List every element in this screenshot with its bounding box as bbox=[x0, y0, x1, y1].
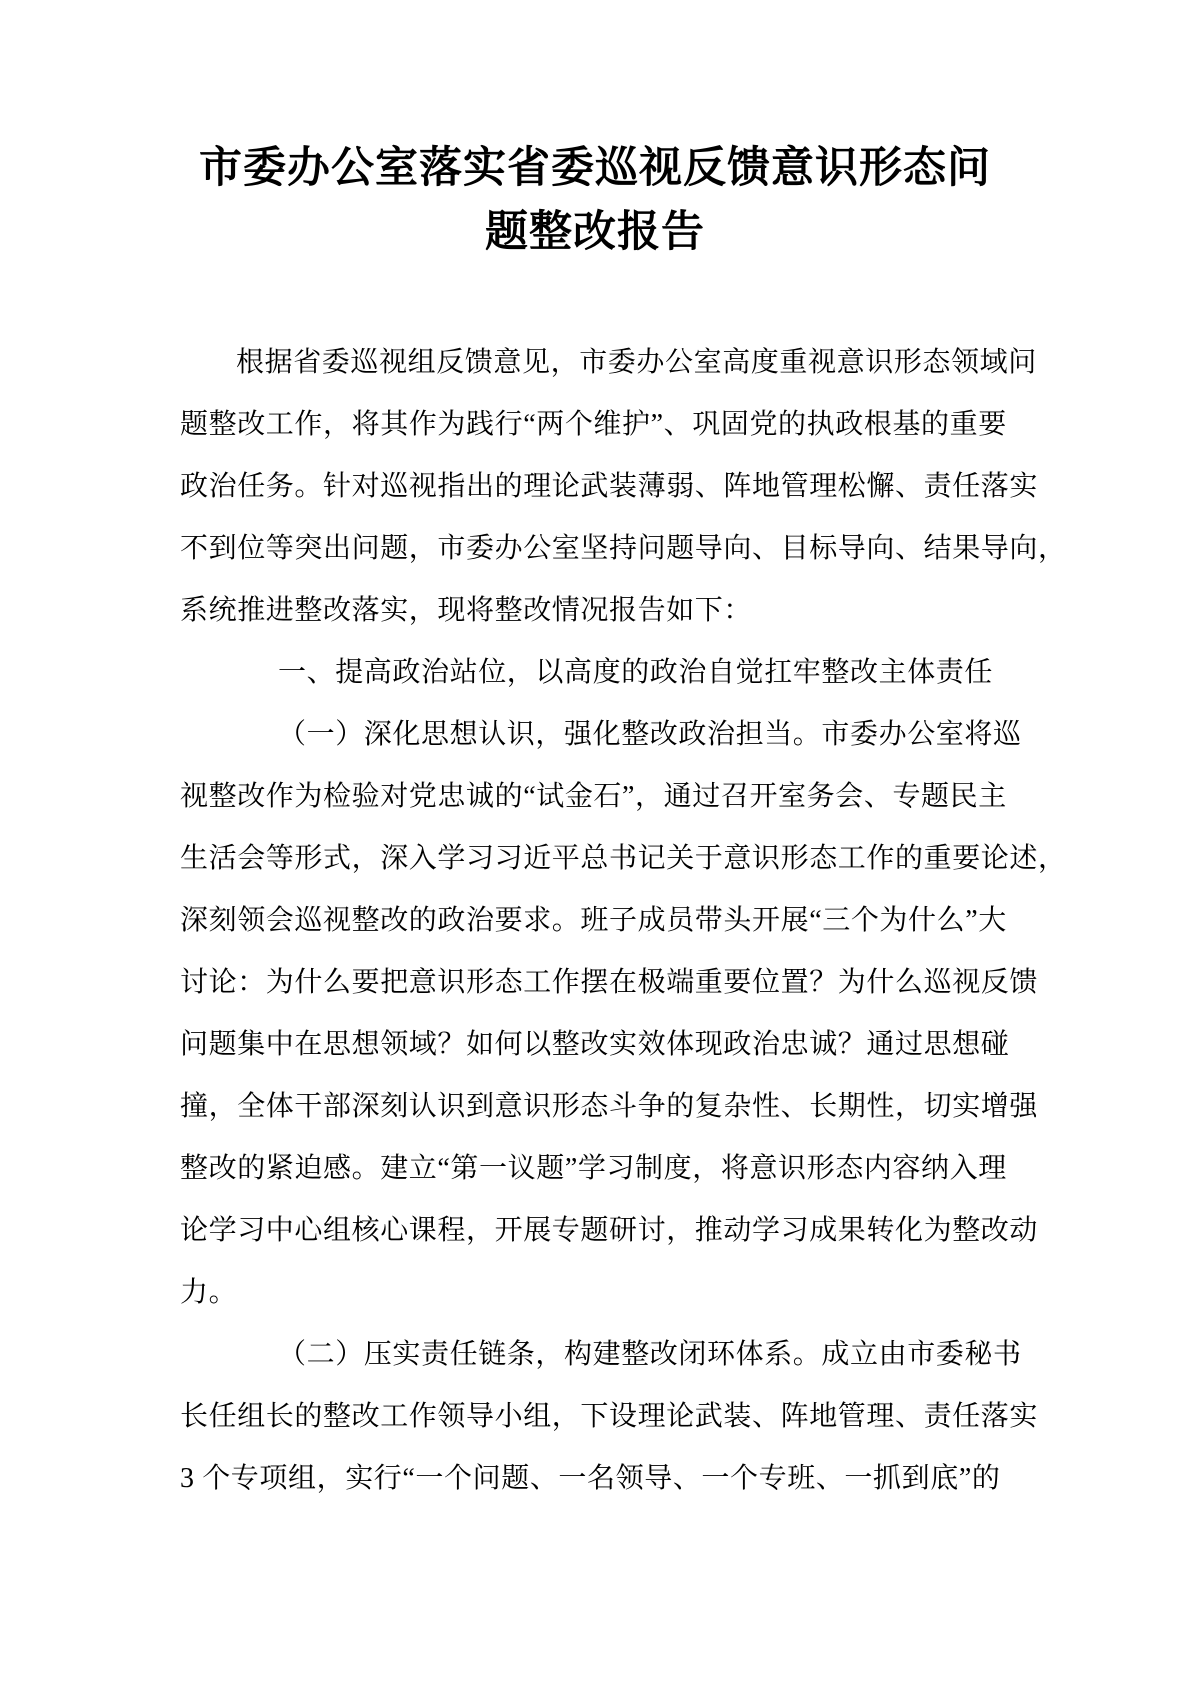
body-line: 长任组长的整改工作领导小组，下设理论武装、阵地管理、责任落实 bbox=[180, 1386, 1020, 1448]
body-line: 不到位等突出问题，市委办公室坚持问题导向、目标导向、结果导向， bbox=[180, 518, 1020, 580]
body-line: 题整改工作，将其作为践行“两个维护”、巩固党的执政根基的重要 bbox=[180, 394, 1020, 456]
body-line: 深刻领会巡视整改的政治要求。班子成员带头开展“三个为什么”大 bbox=[180, 890, 1020, 952]
body-line: 讨论：为什么要把意识形态工作摆在极端重要位置？为什么巡视反馈 bbox=[180, 952, 1020, 1014]
document-body: 根据省委巡视组反馈意见，市委办公室高度重视意识形态领域问 题整改工作，将其作为践… bbox=[180, 332, 1020, 1510]
body-line: 系统推进整改落实，现将整改情况报告如下： bbox=[180, 580, 1020, 642]
body-line: 论学习中心组核心课程，开展专题研讨，推动学习成果转化为整改动 bbox=[180, 1200, 1020, 1262]
section-heading: 一、提高政治站位，以高度的政治自觉扛牢整改主体责任 bbox=[180, 642, 1020, 704]
document-title-line2: 题整改报告 bbox=[180, 200, 1010, 264]
body-line: 整改的紧迫感。建立“第一议题”学习制度，将意识形态内容纳入理 bbox=[180, 1138, 1020, 1200]
body-line: 生活会等形式，深入学习习近平总书记关于意识形态工作的重要论述， bbox=[180, 828, 1020, 890]
document-page: 市委办公室落实省委巡视反馈意识形态问 题整改报告 根据省委巡视组反馈意见，市委办… bbox=[0, 0, 1190, 1683]
body-line: 力。 bbox=[180, 1262, 1020, 1324]
subsection-heading: （一）深化思想认识，强化整改政治担当。市委办公室将巡 bbox=[180, 704, 1020, 766]
body-line: 3 个专项组，实行“一个问题、一名领导、一个专班、一抓到底”的 bbox=[180, 1448, 1020, 1510]
body-line: 政治任务。针对巡视指出的理论武装薄弱、阵地管理松懈、责任落实 bbox=[180, 456, 1020, 518]
body-line: 撞，全体干部深刻认识到意识形态斗争的复杂性、长期性，切实增强 bbox=[180, 1076, 1020, 1138]
body-line: 问题集中在思想领域？如何以整改实效体现政治忠诚？通过思想碰 bbox=[180, 1014, 1020, 1076]
body-line: 视整改作为检验对党忠诚的“试金石”，通过召开室务会、专题民主 bbox=[180, 766, 1020, 828]
body-line: 根据省委巡视组反馈意见，市委办公室高度重视意识形态领域问 bbox=[180, 332, 1020, 394]
subsection-heading: （二）压实责任链条，构建整改闭环体系。成立由市委秘书 bbox=[180, 1324, 1020, 1386]
document-title: 市委办公室落实省委巡视反馈意识形态问 题整改报告 bbox=[180, 136, 1010, 264]
document-title-line1: 市委办公室落实省委巡视反馈意识形态问 bbox=[180, 136, 1010, 200]
